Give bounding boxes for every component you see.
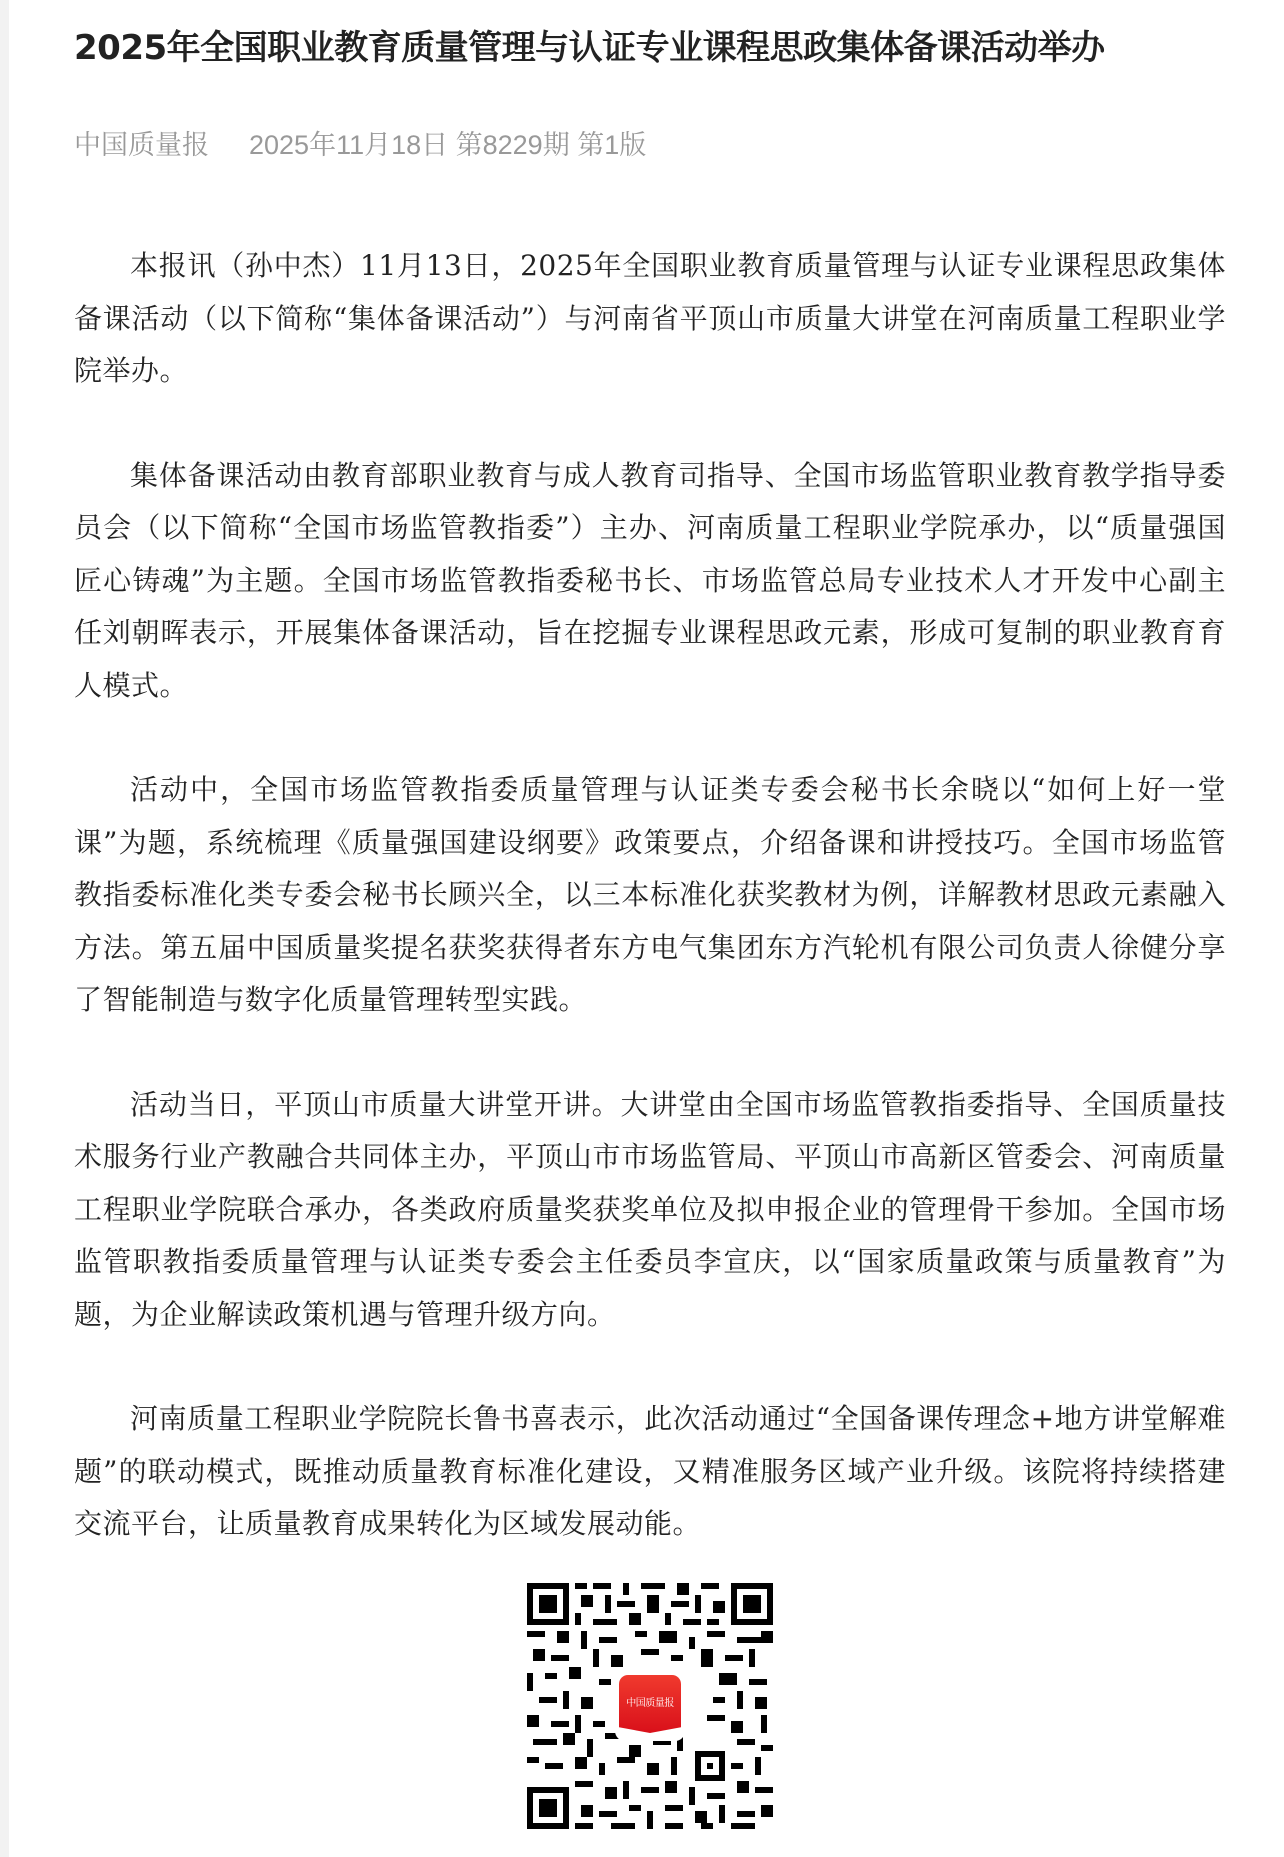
- article-title: 2025年全国职业教育质量管理与认证专业课程思政集体备课活动举办: [74, 26, 1234, 70]
- article-paragraph: 集体备课活动由教育部职业教育与成人教育司指导、全国市场监管职业教育教学指导委员会…: [74, 450, 1226, 713]
- article-paragraph: 活动当日，平顶山市质量大讲堂开讲。大讲堂由全国市场监管教指委指导、全国质量技术服…: [74, 1079, 1226, 1342]
- page-left-margin: [0, 0, 9, 1857]
- article-body: 本报讯（孙中杰）11月13日，2025年全国职业教育质量管理与认证专业课程思政集…: [74, 240, 1226, 1603]
- article-paragraph: 河南质量工程职业学院院长鲁书喜表示，此次活动通过“全国备课传理念+地方讲堂解难题…: [74, 1393, 1226, 1551]
- article-paragraph: 本报讯（孙中杰）11月13日，2025年全国职业教育质量管理与认证专业课程思政集…: [74, 240, 1226, 398]
- qr-code[interactable]: 中国质量报: [527, 1583, 773, 1829]
- newspaper-logo: 中国质量报: [615, 1671, 685, 1741]
- article-paragraph: 活动中，全国市场监管教指委质量管理与认证类专委会秘书长余晓以“如何上好一堂课”为…: [74, 764, 1226, 1027]
- newspaper-logo-text: 中国质量报: [619, 1675, 681, 1733]
- article-issue-info: 2025年11月18日 第8229期 第1版: [249, 130, 646, 160]
- article-meta: 中国质量报2025年11月18日 第8229期 第1版: [74, 127, 646, 163]
- article-source: 中国质量报: [74, 130, 209, 160]
